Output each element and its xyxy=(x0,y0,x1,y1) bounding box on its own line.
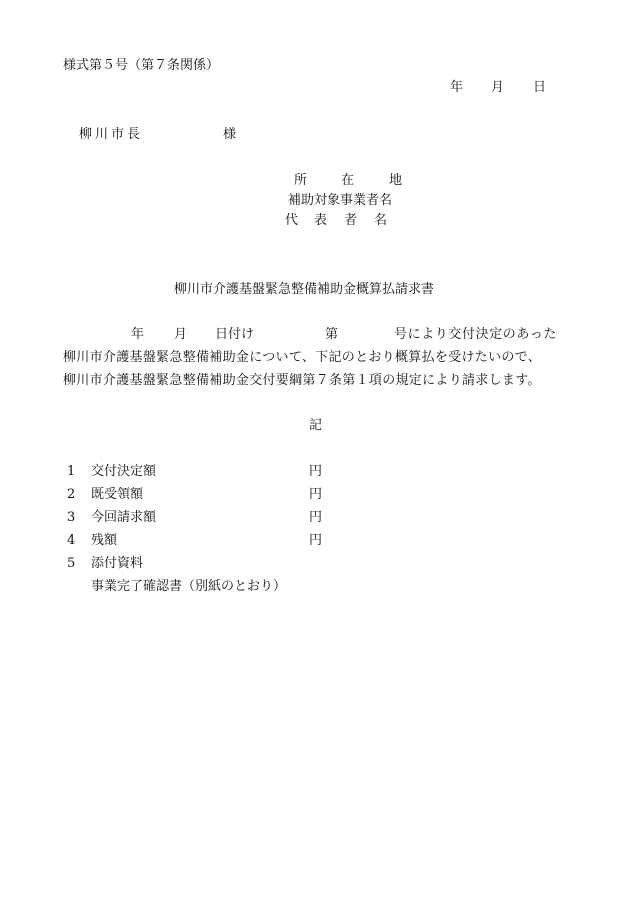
date-month: 月 xyxy=(491,80,504,96)
attachment-note: 事業完了確認書（別紙のとおり） xyxy=(91,579,286,595)
rep-label-2: 表 xyxy=(314,213,327,229)
body-day: 日付け xyxy=(215,327,254,343)
item-label: 既受領額 xyxy=(91,487,143,503)
item-label: 交付決定額 xyxy=(91,464,156,480)
item-number: 3 xyxy=(67,510,75,526)
item-unit: 円 xyxy=(309,487,322,503)
item-number: 4 xyxy=(67,533,75,549)
body-line2: 柳川市介護基盤緊急整備補助金について、下記のとおり概算払を受けたいので、 xyxy=(63,350,541,366)
item-unit: 円 xyxy=(309,464,322,480)
address-label-3: 地 xyxy=(389,173,402,189)
item-label: 今回請求額 xyxy=(91,510,156,526)
ki-heading: 記 xyxy=(309,418,322,434)
body-year: 年 xyxy=(131,327,144,343)
date-year: 年 xyxy=(450,80,463,96)
body-line3: 柳川市介護基盤緊急整備補助金交付要綱第７条第１項の規定により請求します。 xyxy=(63,373,541,389)
business-name-label: 補助対象事業者名 xyxy=(288,193,392,209)
rep-label-1: 代 xyxy=(285,213,298,229)
body-line1-rest: 号により交付決定のあった xyxy=(394,327,557,343)
item-unit: 円 xyxy=(309,533,322,549)
body-no: 第 xyxy=(325,327,338,343)
rep-label-4: 名 xyxy=(374,213,387,229)
address-label-1: 所 xyxy=(294,173,307,189)
item-unit: 円 xyxy=(309,510,322,526)
address-label-2: 在 xyxy=(341,173,354,189)
rep-label-3: 者 xyxy=(344,213,357,229)
item-number: 2 xyxy=(67,487,75,503)
document-title: 柳川市介護基盤緊急整備補助金概算払請求書 xyxy=(174,282,434,298)
body-month: 月 xyxy=(174,327,187,343)
date-day: 日 xyxy=(533,80,546,96)
addressee-honorific: 様 xyxy=(223,127,236,143)
item-number: 1 xyxy=(67,464,75,480)
form-label: 様式第５号（第７条関係） xyxy=(63,58,219,74)
item-label: 残額 xyxy=(91,533,117,549)
item-label: 添付資料 xyxy=(91,556,143,572)
item-number: 5 xyxy=(67,556,75,572)
addressee-name: 柳川市長 xyxy=(79,127,143,143)
